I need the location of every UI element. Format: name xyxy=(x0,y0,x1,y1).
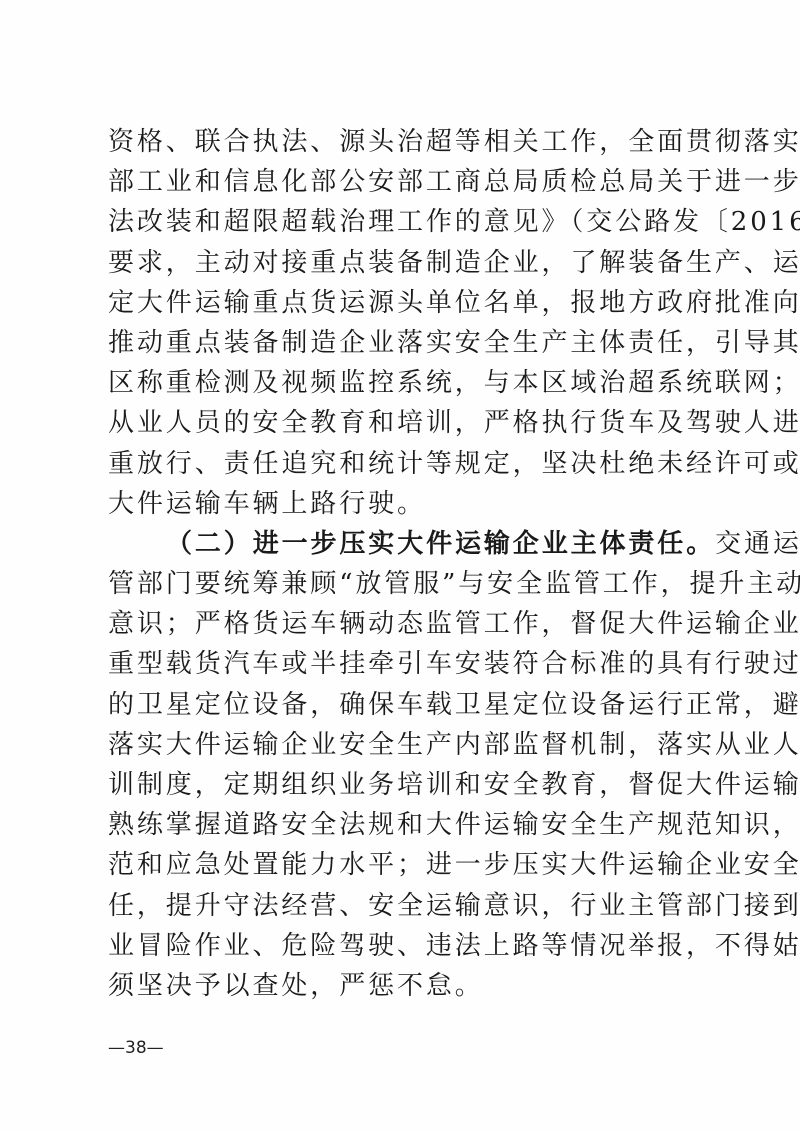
text-line: 业冒险作业、危险驾驶、违法上路等情况举报，不得姑息迁就，必 xyxy=(108,926,698,966)
text-line: 重型载货汽车或半挂牵引车安装符合标准的具有行驶过程记录功能 xyxy=(108,644,698,684)
text-line: 熟练掌握道路安全法规和大件运输安全生产规范知识，提升风险防 xyxy=(108,805,698,845)
text-line: 区称重检测及视频监控系统，与本区域治超系统联网；切实加强对 xyxy=(108,363,698,403)
text-line: 大件运输车辆上路行驶。 xyxy=(108,484,698,524)
section-heading-line: （二）进一步压实大件运输企业主体责任。交通运输、公安交 xyxy=(108,524,698,564)
text-line: 训制度，定期组织业务培训和安全教育，督促大件运输车辆驾驶员 xyxy=(108,765,698,805)
text-line: 的卫星定位设备，确保车载卫星定位设备运行正常，避免人为破坏； xyxy=(108,685,698,725)
text-run: 交通运输、公安交 xyxy=(715,529,800,559)
text-line: 任，提升守法经营、安全运输意识，行业主管部门接到大件运输企 xyxy=(108,886,698,926)
text-line: 定大件运输重点货运源头单位名单，报地方政府批准向社会公布； xyxy=(108,283,698,323)
text-line: 意识；严格货运车辆动态监管工作，督促大件运输企业为大件运输 xyxy=(108,604,698,644)
text-line: 资格、联合执法、源头治超等相关工作，全面贯彻落实《交通运输 xyxy=(108,122,698,162)
section-heading: （二）进一步压实大件运输企业主体责任。 xyxy=(166,529,715,559)
page-number: —38— xyxy=(108,1038,164,1058)
text-line: 法改装和超限超载治理工作的意见》（交公路发〔2016〕124号） xyxy=(108,202,698,242)
text-line: 要求，主动对接重点装备制造企业，了解装备生产、运输情况，确 xyxy=(108,243,698,283)
text-line: 推动重点装备制造企业落实安全生产主体责任，引导其安装场（站） xyxy=(108,323,698,363)
text-line: 范和应急处置能力水平；进一步压实大件运输企业安全生产主体责 xyxy=(108,845,698,885)
body-text: 资格、联合执法、源头治超等相关工作，全面贯彻落实《交通运输 部工业和信息化部公安… xyxy=(108,122,698,1006)
text-line: 落实大件运输企业安全生产内部监督机制，落实从业人员的管理培 xyxy=(108,725,698,765)
text-line: 管部门要统筹兼顾“放管服”与安全监管工作，提升主动服务和监管 xyxy=(108,564,698,604)
text-line: 从业人员的安全教育和培训，严格执行货车及驾驶人进出登记、称 xyxy=(108,403,698,443)
text-line: 部工业和信息化部公安部工商总局质检总局关于进一步做好货车非 xyxy=(108,162,698,202)
document-page: 资格、联合执法、源头治超等相关工作，全面贯彻落实《交通运输 部工业和信息化部公安… xyxy=(0,0,800,1131)
text-line: 须坚决予以查处，严惩不怠。 xyxy=(108,966,698,1006)
text-line: 重放行、责任追究和统计等规定，坚决杜绝未经许可或车证不符的 xyxy=(108,444,698,484)
